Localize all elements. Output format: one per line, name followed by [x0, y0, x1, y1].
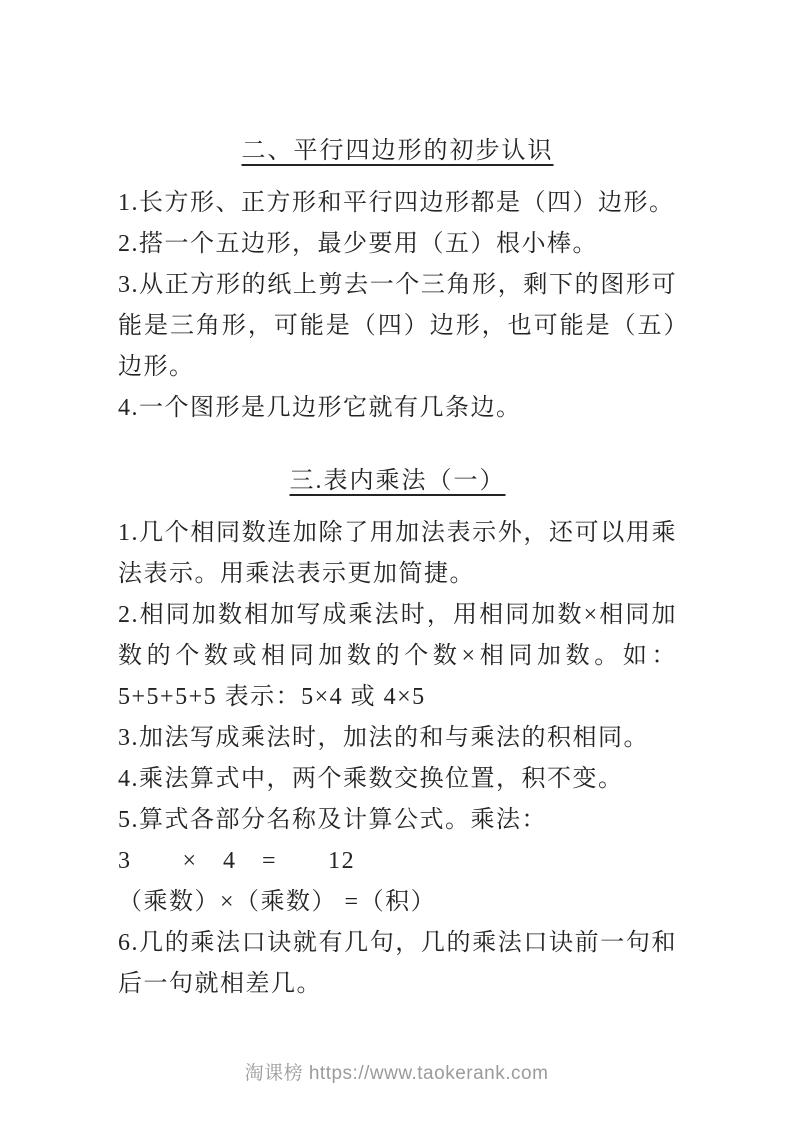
section-parallelogram: 二、平行四边形的初步认识 1.长方形、正方形和平行四边形都是（四）边形。 2.搭… — [118, 131, 677, 429]
note-item: 4.一个图形是几边形它就有几条边。 — [118, 388, 677, 429]
section-multiplication: 三.表内乘法（一） 1.几个相同数连加除了用加法表示外，还可以用乘法表示。用乘法… — [118, 461, 677, 1005]
note-item: 2.搭一个五边形，最少要用（五）根小棒。 — [118, 224, 677, 265]
note-item: 6.几的乘法口诀就有几句，几的乘法口诀前一句和后一句就相差几。 — [118, 923, 677, 1005]
multiplication-terms-formula: （乘数）×（乘数） =（积） — [118, 882, 677, 923]
note-item: 1.长方形、正方形和平行四边形都是（四）边形。 — [118, 183, 677, 224]
note-item: 4.乘法算式中，两个乘数交换位置，积不变。 — [118, 759, 677, 800]
section-title-text: 三.表内乘法（一） — [290, 468, 506, 494]
note-item: 3.从正方形的纸上剪去一个三角形，剩下的图形可能是三角形，可能是（四）边形，也可… — [118, 265, 677, 388]
document-page: 二、平行四边形的初步认识 1.长方形、正方形和平行四边形都是（四）边形。 2.搭… — [0, 0, 793, 1122]
note-item: 2.相同加数相加写成乘法时，用相同加数×相同加数的个数或相同加数的个数×相同加数… — [118, 595, 677, 718]
note-item: 5.算式各部分名称及计算公式。乘法： — [118, 800, 677, 841]
multiplication-example-equation: 3 × 4 = 12 — [118, 841, 677, 882]
section-title-text: 二、平行四边形的初步认识 — [242, 138, 554, 164]
footer-watermark-text: 淘课榜 https://www.taokerank.com — [245, 1063, 549, 1084]
footer-watermark: 淘课榜 https://www.taokerank.com — [0, 1058, 793, 1085]
section-title: 二、平行四边形的初步认识 — [118, 131, 677, 172]
document-content: 二、平行四边形的初步认识 1.长方形、正方形和平行四边形都是（四）边形。 2.搭… — [0, 0, 793, 1005]
section-title: 三.表内乘法（一） — [118, 461, 677, 502]
note-item: 1.几个相同数连加除了用加法表示外，还可以用乘法表示。用乘法表示更加简捷。 — [118, 513, 677, 595]
note-item: 3.加法写成乘法时，加法的和与乘法的积相同。 — [118, 718, 677, 759]
